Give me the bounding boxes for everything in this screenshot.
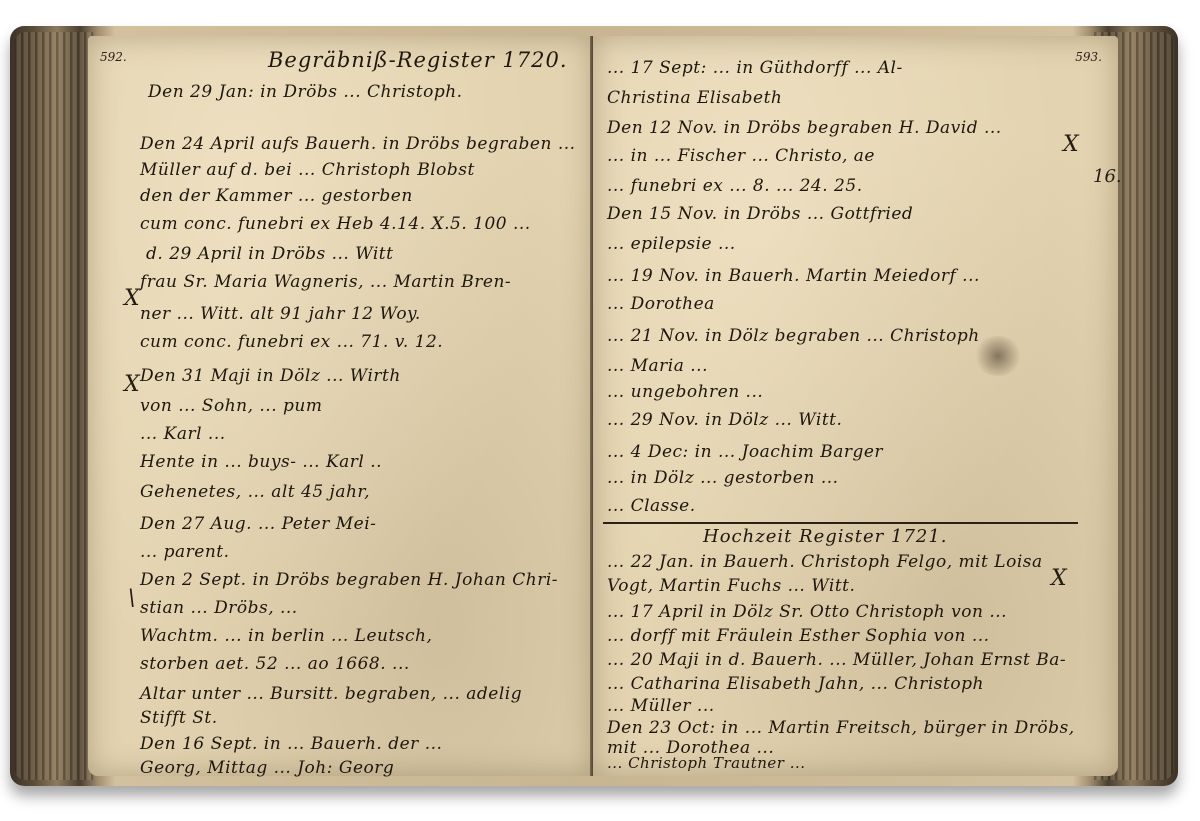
entry-line: Den 16 Sept. in ... Bauerh. der ... <box>140 734 442 754</box>
left-page-number: 592. <box>100 50 127 64</box>
left-page-edges <box>14 32 94 780</box>
entry-line: Den 15 Nov. in Dröbs ... Gottfried <box>607 204 913 224</box>
entry-line: ... Maria ... <box>607 356 708 376</box>
entry-line: Den 23 Oct: in ... Martin Freitsch, bürg… <box>607 718 1075 738</box>
entry-line: Den 2 Sept. in Dröbs begraben H. Johan C… <box>140 570 558 590</box>
entry-line: Gehenetes, ... alt 45 jahr, <box>140 482 370 502</box>
left-page: 592. Begräbniß-Register 1720. Den 29 Jan… <box>88 36 593 776</box>
entry-line: ... 17 Sept: ... in Güthdorff ... Al- <box>607 58 903 78</box>
open-register-book: 592. Begräbniß-Register 1720. Den 29 Jan… <box>10 26 1178 786</box>
entry-line: Hente in ... buys- ... Karl .. <box>140 452 382 472</box>
entry-line: ... Classe. <box>607 496 696 516</box>
section-divider-rule <box>603 522 1078 524</box>
entry-line: ner ... Witt. alt 91 jahr 12 Woy. <box>140 304 421 324</box>
entry-line: ... 17 April in Dölz Sr. Otto Christoph … <box>607 602 1007 622</box>
entry-line: ... parent. <box>140 542 230 562</box>
entry-line: ... in Dölz ... gestorben ... <box>607 468 839 488</box>
entry-line: Den 31 Maji in Dölz ... Wirth <box>140 366 401 386</box>
entry-line: Stifft St. <box>140 708 218 728</box>
entry-line: Altar unter ... Bursitt. begraben, ... a… <box>140 684 522 704</box>
entry-line: Den 27 Aug. ... Peter Mei- <box>140 514 376 534</box>
entry-line: cum conc. funebri ex Heb 4.14. X.5. 100 … <box>140 214 531 234</box>
entry-line: stian ... Dröbs, ... <box>140 598 298 618</box>
entry-line: Vogt, Martin Fuchs ... Witt. <box>607 576 855 596</box>
ink-stain <box>973 336 1023 376</box>
entry-line: ... 21 Nov. in Dölz begraben ... Christo… <box>607 326 980 346</box>
entry-line: ... funebri ex ... 8. ... 24. 25. <box>607 176 863 196</box>
entry-line: Den 29 Jan: in Dröbs ... Christoph. <box>148 82 463 102</box>
right-page: 593. ... 17 Sept: ... in Güthdorff ... A… <box>593 36 1118 776</box>
entry-line: ... Catharina Elisabeth Jahn, ... Christ… <box>607 674 984 694</box>
entry-line: ... 22 Jan. in Bauerh. Christoph Felgo, … <box>607 552 1043 572</box>
entry-line: Christina Elisabeth <box>607 88 782 108</box>
entry-line: ... ungebohren ... <box>607 382 763 402</box>
entry-line: d. 29 April in Dröbs ... Witt <box>146 244 393 264</box>
entry-line: Den 24 April aufs Bauerh. in Dröbs begra… <box>140 134 576 154</box>
entry-line: ... dorff mit Fräulein Esther Sophia von… <box>607 626 990 646</box>
entry-line: den der Kammer ... gestorben <box>140 186 413 206</box>
entry-line: Wachtm. ... in berlin ... Leutsch, <box>140 626 432 646</box>
entry-line: ... 4 Dec: in ... Joachim Barger <box>607 442 883 462</box>
entry-line: ... 20 Maji in d. Bauerh. ... Müller, Jo… <box>607 650 1066 670</box>
entry-line: frau Sr. Maria Wagneris, ... Martin Bren… <box>140 272 511 292</box>
burial-register-heading: Begräbniß-Register 1720. <box>268 48 568 72</box>
entry-line: ... 19 Nov. in Bauerh. Martin Meiedorf .… <box>607 266 980 286</box>
marriage-register-heading: Hochzeit Register 1721. <box>703 526 948 547</box>
entry-line: ... Karl ... <box>140 424 226 444</box>
entry-line: ... Dorothea <box>607 294 715 314</box>
entry-line: ... epilepsie ... <box>607 234 736 254</box>
entry-line: Den 12 Nov. in Dröbs begraben H. David .… <box>607 118 1002 138</box>
entry-line: cum conc. funebri ex ... 71. v. 12. <box>140 332 443 352</box>
margin-stroke-mark: \ <box>128 586 135 611</box>
entry-line: ... in ... Fischer ... Christo, ae <box>607 146 875 166</box>
entry-line: storben aet. 52 ... ao 1668. ... <box>140 654 410 674</box>
entry-line: Müller auf d. bei ... Christoph Blobst <box>140 160 475 180</box>
margin-cross-mark: X <box>124 372 140 397</box>
entry-line: von ... Sohn, ... pum <box>140 396 322 416</box>
margin-cross-mark: X <box>1051 566 1067 591</box>
entry-line: Georg, Mittag ... Joh: Georg <box>140 758 394 778</box>
outer-margin-note: 16. <box>1093 166 1122 187</box>
right-page-number: 593. <box>1075 50 1102 64</box>
margin-cross-mark: X <box>1063 132 1079 157</box>
entry-line: ... 29 Nov. in Dölz ... Witt. <box>607 410 842 430</box>
margin-cross-mark: X <box>124 286 140 311</box>
entry-line: ... Müller ... <box>607 696 715 716</box>
